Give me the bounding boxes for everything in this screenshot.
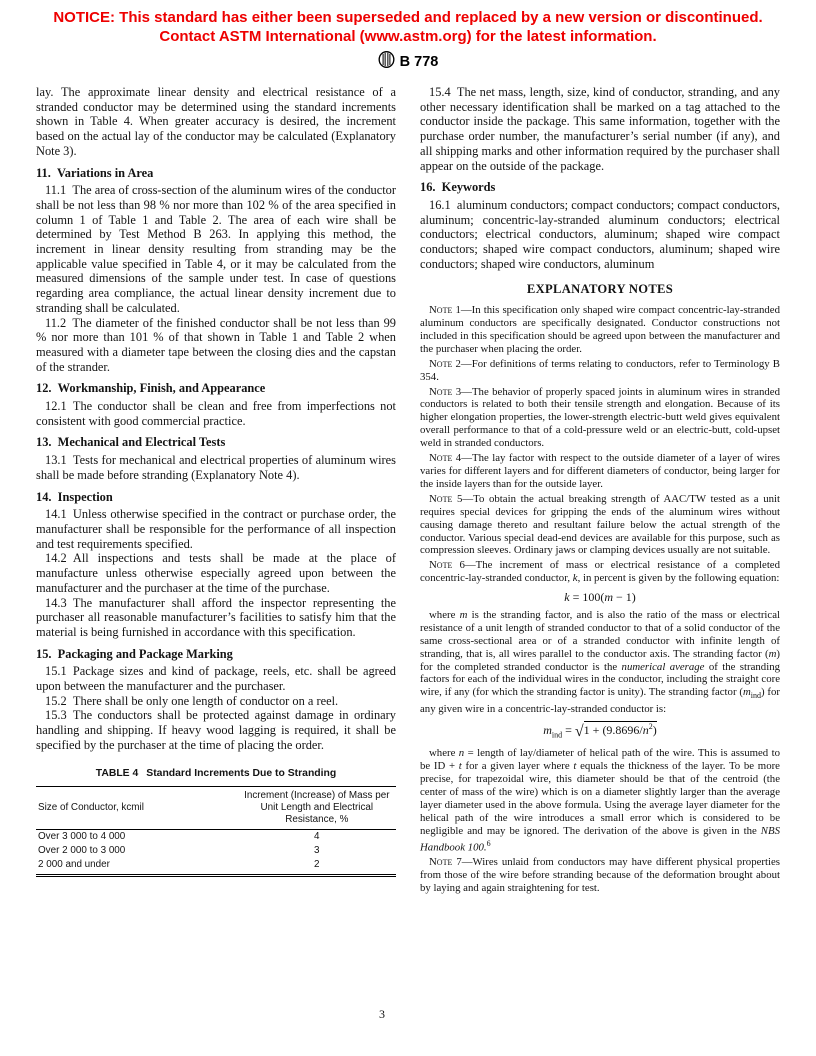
table-cell-size: 2 000 and under [36,858,238,876]
table-4-caption: Standard Increments Due to Stranding [146,768,336,779]
note-6-explanation: where m is the stranding factor, and is … [420,609,780,716]
table-cell-increment: 4 [238,829,396,844]
note-label: Note [429,304,452,316]
variable-m: m [604,590,613,604]
note-label: Note [429,856,452,868]
equation-k: k = 100(m − 1) [420,590,780,605]
paragraph-continuation: lay. The approximate linear density and … [36,85,396,159]
paragraph-15-4: 15.4 The net mass, length, size, kind of… [420,85,780,173]
note-label: Note [429,358,452,370]
section-heading-16: 16. Keywords [420,180,780,195]
note-text: —To obtain the actual breaking strength … [420,493,780,557]
note-text: for a given layer where [462,760,574,772]
note-text: —For definitions of terms relating to co… [420,358,780,383]
notice-line-2: Contact ASTM International (www.astm.org… [0,28,816,47]
note-number: 7 [452,856,461,868]
standard-designation: B 778 [400,54,439,70]
paragraph-15-3: 15.3 The conductors shall be protected a… [36,708,396,752]
subscript-ind: ind [552,731,562,740]
section-heading-15: 15. Packaging and Package Marking [36,647,396,662]
note-number: 3 [452,386,461,398]
radicand: 1 + (9.8696/n2) [584,721,657,738]
paragraph-14-2: 14.2 All inspections and tests shall be … [36,551,396,595]
explanatory-note-3: Note 3—The behavior of properly spaced j… [420,386,780,451]
table-row: 2 000 and under 2 [36,858,396,876]
formula-text: ) [653,723,657,737]
section-heading-13: 13. Mechanical and Electrical Tests [36,435,396,450]
section-heading-11: 11. Variations in Area [36,166,396,181]
variable-m: m [743,686,751,698]
table-4-title: TABLE 4Standard Increments Due to Strand… [36,768,396,780]
note-number: 4 [452,452,461,464]
right-column: 15.4 The net mass, length, size, kind of… [420,85,780,897]
formula-operator: = [562,723,575,737]
note-text: —The lay factor with respect to the outs… [420,452,780,490]
explanatory-note-4: Note 4—The lay factor with respect to th… [420,452,780,491]
note-text: —In this specification only shaped wire … [420,304,780,355]
formula-text: 1 + (9.8696/ [584,723,643,737]
table-row: Over 2 000 to 3 000 3 [36,844,396,858]
document-page: NOTICE: This standard has either been su… [0,0,816,1056]
note-label: Note [429,559,452,571]
explanatory-notes-heading: EXPLANATORY NOTES [420,282,780,297]
table-cell-size: Over 3 000 to 4 000 [36,829,238,844]
paragraph-14-3: 14.3 The manufacturer shall afford the i… [36,596,396,640]
note-text: where [429,609,460,621]
section-heading-12: 12. Workmanship, Finish, and Appearance [36,381,396,396]
section-heading-14: 14. Inspection [36,490,396,505]
note-6-tail-explanation: where n = length of lay/diameter of heli… [420,747,780,854]
table-cell-size: Over 2 000 to 3 000 [36,844,238,858]
note-label: Note [429,493,452,505]
paragraph-11-2: 11.2 The diameter of the finished conduc… [36,316,396,375]
paragraph-16-1: 16.1 aluminum conductors; compact conduc… [420,198,780,272]
formula-operator: = 100( [570,590,605,604]
explanatory-note-6: Note 6—The increment of mass or electric… [420,559,780,585]
paragraph-11-1: 11.1 The area of cross-section of the al… [36,183,396,315]
formula-lhs: m [543,723,552,737]
note-text: —Wires unlaid from conductors may have d… [420,856,780,894]
table-4-col1-header: Size of Conductor, kcmil [36,786,238,829]
note-text: where [429,747,459,759]
table-4-col2-header: Increment (Increase) of Mass per Unit Le… [238,786,396,829]
paragraph-15-2: 15.2 There shall be only one length of c… [36,694,396,709]
table-4: TABLE 4Standard Increments Due to Strand… [36,768,396,877]
note-number: 1 [452,304,461,316]
equation-m-ind: mind = √1 + (9.8696/n2) [420,721,780,743]
two-column-body: lay. The approximate linear density and … [0,72,816,897]
left-column: lay. The approximate linear density and … [36,85,396,897]
note-number: 5 [452,493,462,505]
paragraph-14-1: 14.1 Unless otherwise specified in the c… [36,507,396,551]
explanatory-note-5: Note 5—To obtain the actual breaking str… [420,493,780,558]
table-4-label: TABLE 4 [96,768,139,779]
note-text: is the stranding factor, and is also the… [420,609,780,660]
note-text: —The behavior of properly spaced joints … [420,386,780,450]
supersession-notice: NOTICE: This standard has either been su… [0,0,816,46]
note-number: 2 [452,358,461,370]
paragraph-12-1: 12.1 The conductor shall be clean and fr… [36,399,396,428]
paragraph-13-1: 13.1 Tests for mechanical and electrical… [36,453,396,482]
table-cell-increment: 3 [238,844,396,858]
radical-sign: √ [575,723,584,740]
explanatory-note-1: Note 1—In this specification only shaped… [420,304,780,356]
formula-rhs: − 1) [613,590,636,604]
table-4-header-row: Size of Conductor, kcmil Increment (Incr… [36,786,396,829]
subscript-ind: ind [751,691,761,700]
table-cell-increment: 2 [238,858,396,876]
explanatory-note-2: Note 2—For definitions of terms relating… [420,358,780,384]
emphasis-text: numerical average [622,661,705,673]
note-text: , in percent is given by the following e… [578,572,780,584]
explanatory-note-7: Note 7—Wires unlaid from conductors may … [420,856,780,895]
footnote-ref-6: 6 [487,839,491,848]
paragraph-15-1: 15.1 Package sizes and kind of package, … [36,664,396,693]
note-number: 6 [452,559,465,571]
page-number: 3 [0,1007,764,1022]
astm-seal-icon [378,51,395,72]
notice-line-1: NOTICE: This standard has either been su… [0,9,816,28]
table-row: Over 3 000 to 4 000 4 [36,829,396,844]
designation-row: B 778 [0,51,816,72]
note-label: Note [429,452,452,464]
note-label: Note [429,386,452,398]
